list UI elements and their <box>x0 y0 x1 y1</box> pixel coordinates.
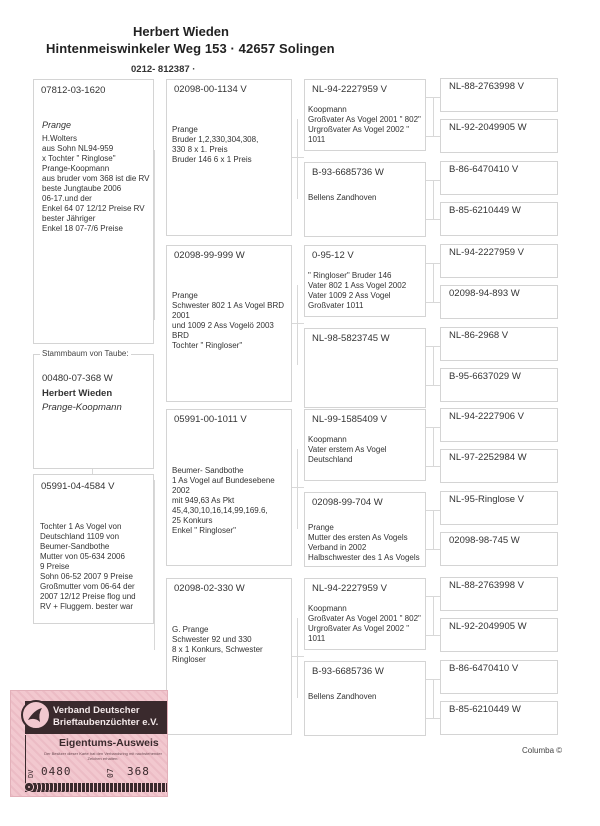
grandparent-ring: 02098-99-999 W <box>174 251 245 261</box>
great-grandparent-box: NL-98-5823745 W <box>304 328 426 408</box>
grandparent-description: Beumer- Sandbothe 1 As Vogel auf Bundese… <box>172 466 288 536</box>
sire-ring: 07812-03-1620 <box>41 86 105 96</box>
grandparent-box: 02098-02-330 W G. Prange Schwester 92 un… <box>166 578 292 735</box>
subject-owner: Herbert Wieden <box>42 388 112 399</box>
dam-ring: 05991-04-4584 V <box>41 482 114 492</box>
connector-line <box>433 679 434 719</box>
connector-line <box>292 487 304 488</box>
grandparent-ring: 02098-00-1134 V <box>174 85 247 95</box>
gen4-box: NL-94-2227959 V <box>440 244 558 278</box>
subject-legend: Stammbaum von Taube: <box>40 349 131 358</box>
connector-line <box>297 618 298 698</box>
connector-line <box>154 480 155 650</box>
great-grandparent-ring: 0-95-12 V <box>312 251 354 261</box>
grandparent-box: 02098-99-999 W Prange Schwester 802 1 As… <box>166 245 292 402</box>
card-org-line2: Brieftaubenzüchter e.V. <box>53 717 158 729</box>
gen4-ring: NL-92-2049905 W <box>449 622 527 632</box>
great-grandparent-box: 02098-99-704 W Prange Mutter des ersten … <box>304 492 426 567</box>
connector-line <box>433 263 434 303</box>
card-number-value: 368 <box>127 765 150 778</box>
grandparent-description: G. Prange Schwester 92 und 330 8 x 1 Kon… <box>172 625 288 665</box>
gen4-box: B-85-6210449 W <box>440 202 558 236</box>
card-org-line1: Verband Deutscher <box>53 705 140 717</box>
gen4-box: 02098-98-745 W <box>440 532 558 566</box>
gen4-ring: B-86-6470410 V <box>449 664 518 674</box>
sire-strain: Prange <box>42 120 150 130</box>
gen4-ring: NL-88-2763998 V <box>449 82 524 92</box>
gen4-ring: B-85-6210449 W <box>449 206 521 216</box>
connector-line <box>433 180 434 220</box>
gen4-ring: 02098-98-745 W <box>449 536 520 546</box>
great-grandparent-ring: B-93-6685736 W <box>312 667 384 677</box>
gen4-box: NL-92-2049905 W <box>440 119 558 153</box>
ownership-card: Verband Deutscher Brieftaubenzüchter e.V… <box>10 690 168 797</box>
gen4-ring: NL-97-2252984 W <box>449 453 527 463</box>
grandparent-box: 05991-00-1011 V Beumer- Sandbothe 1 As V… <box>166 409 292 566</box>
great-grandparent-description: Koopmann Großvater As Vogel 2001 " 802" … <box>308 604 422 644</box>
gen4-box: NL-94-2227906 V <box>440 408 558 442</box>
great-grandparent-box: NL-99-1585409 V Koopmann Vater erstem As… <box>304 409 426 481</box>
great-grandparent-box: B-93-6685736 W Bellens Zandhoven <box>304 661 426 736</box>
subject-ring: 00480-07-368 W <box>42 373 113 384</box>
card-title: Eigentums-Ausweis <box>59 737 159 749</box>
gen4-ring: NL-92-2049905 W <box>449 123 527 133</box>
connector-line <box>292 656 304 657</box>
great-grandparent-ring: NL-99-1585409 V <box>312 415 387 425</box>
gen4-box: 02098-94-893 W <box>440 285 558 319</box>
gen4-ring: NL-86-2968 V <box>449 331 508 341</box>
gen4-box: B-86-6470410 V <box>440 660 558 694</box>
card-ring-number: DV 0480 07 368 <box>27 765 167 779</box>
great-grandparent-description: Koopmann Vater erstem As Vogel Deutschla… <box>308 435 422 465</box>
great-grandparent-ring: NL-94-2227959 V <box>312 584 387 594</box>
great-grandparent-ring: NL-94-2227959 V <box>312 85 387 95</box>
grandparent-ring: 05991-00-1011 V <box>174 415 247 425</box>
gen4-box: NL-97-2252984 W <box>440 449 558 483</box>
great-grandparent-description: " Ringloser" Bruder 146 Vater 802 1 Ass … <box>308 271 422 311</box>
connector-line <box>433 346 434 386</box>
gen4-ring: NL-94-2227959 V <box>449 248 524 258</box>
grandparent-box: 02098-00-1134 V Prange Bruder 1,2,330,30… <box>166 79 292 236</box>
subject-strain: Prange-Koopmann <box>42 402 122 413</box>
great-grandparent-box: NL-94-2227959 V Koopmann Großvater As Vo… <box>304 578 426 650</box>
gen4-box: B-85-6210449 W <box>440 701 558 735</box>
great-grandparent-box: NL-94-2227959 V Koopmann Großvater As Vo… <box>304 79 426 151</box>
grandparent-description: Prange Bruder 1,2,330,304,308, 330 8 x 1… <box>172 125 288 165</box>
gen4-box: NL-95-Ringlose V <box>440 491 558 525</box>
grandparent-ring: 02098-02-330 W <box>174 584 245 594</box>
sire-box: 07812-03-1620 Prange H.Wolters aus Sohn … <box>33 79 154 344</box>
connector-line <box>154 150 155 320</box>
pigeon-logo-icon <box>21 700 51 730</box>
gen4-ring: NL-94-2227906 V <box>449 412 524 422</box>
gen4-ring: B-95-6637029 W <box>449 372 521 382</box>
connector-line <box>297 449 298 529</box>
breeder-address: Hintenmeiswinkeler Weg 153 · 42657 Solin… <box>46 41 335 56</box>
connector-line <box>433 596 434 636</box>
connector-line <box>292 323 304 324</box>
breeder-phone: 0212- 812387 · <box>131 64 195 75</box>
gen4-ring: NL-88-2763998 V <box>449 581 524 591</box>
connector-line <box>297 119 298 199</box>
connector-line <box>433 97 434 137</box>
gen4-ring: NL-95-Ringlose V <box>449 495 524 505</box>
connector-line <box>433 427 434 467</box>
great-grandparent-description: Koopmann Großvater As Vogel 2001 " 802" … <box>308 105 422 145</box>
gen4-box: NL-88-2763998 V <box>440 577 558 611</box>
gen4-ring: B-86-6470410 V <box>449 165 518 175</box>
gen4-box: NL-88-2763998 V <box>440 78 558 112</box>
gen4-box: B-95-6637029 W <box>440 368 558 402</box>
great-grandparent-description: Prange Mutter des ersten As Vogels Verba… <box>308 523 422 563</box>
breeder-name: Herbert Wieden <box>0 24 362 39</box>
gen4-box: NL-92-2049905 W <box>440 618 558 652</box>
gen4-box: NL-86-2968 V <box>440 327 558 361</box>
grandparent-description: Prange Schwester 802 1 As Vogel BRD 2001… <box>172 291 288 351</box>
card-prefix: DV <box>27 770 35 778</box>
card-year: 07 <box>106 768 115 778</box>
card-club: 0480 <box>41 765 72 778</box>
connector-line <box>433 510 434 550</box>
card-border-strip <box>25 783 168 792</box>
gen4-box: B-86-6470410 V <box>440 161 558 195</box>
connector-line <box>297 285 298 365</box>
card-note: Der Besitzer dieser Karte hat den Verban… <box>43 751 163 761</box>
great-grandparent-ring: NL-98-5823745 W <box>312 334 390 344</box>
gen4-ring: B-85-6210449 W <box>449 705 521 715</box>
great-grandparent-box: 0-95-12 V " Ringloser" Bruder 146 Vater … <box>304 245 426 317</box>
gen4-ring: 02098-94-893 W <box>449 289 520 299</box>
great-grandparent-ring: 02098-99-704 W <box>312 498 383 508</box>
dam-description: Tochter 1 As Vogel von Deutschland 1109 … <box>40 522 150 612</box>
great-grandparent-box: B-93-6685736 W Bellens Zandhoven <box>304 162 426 237</box>
footer-credit: Columba © <box>522 746 562 755</box>
great-grandparent-description: Bellens Zandhoven <box>308 692 422 702</box>
great-grandparent-ring: B-93-6685736 W <box>312 168 384 178</box>
dam-box: 05991-04-4584 V Tochter 1 As Vogel von D… <box>33 474 154 624</box>
sire-description: H.Wolters aus Sohn NL94-959 x Tochter " … <box>42 134 150 234</box>
great-grandparent-description: Bellens Zandhoven <box>308 193 422 203</box>
connector-line <box>292 157 304 158</box>
